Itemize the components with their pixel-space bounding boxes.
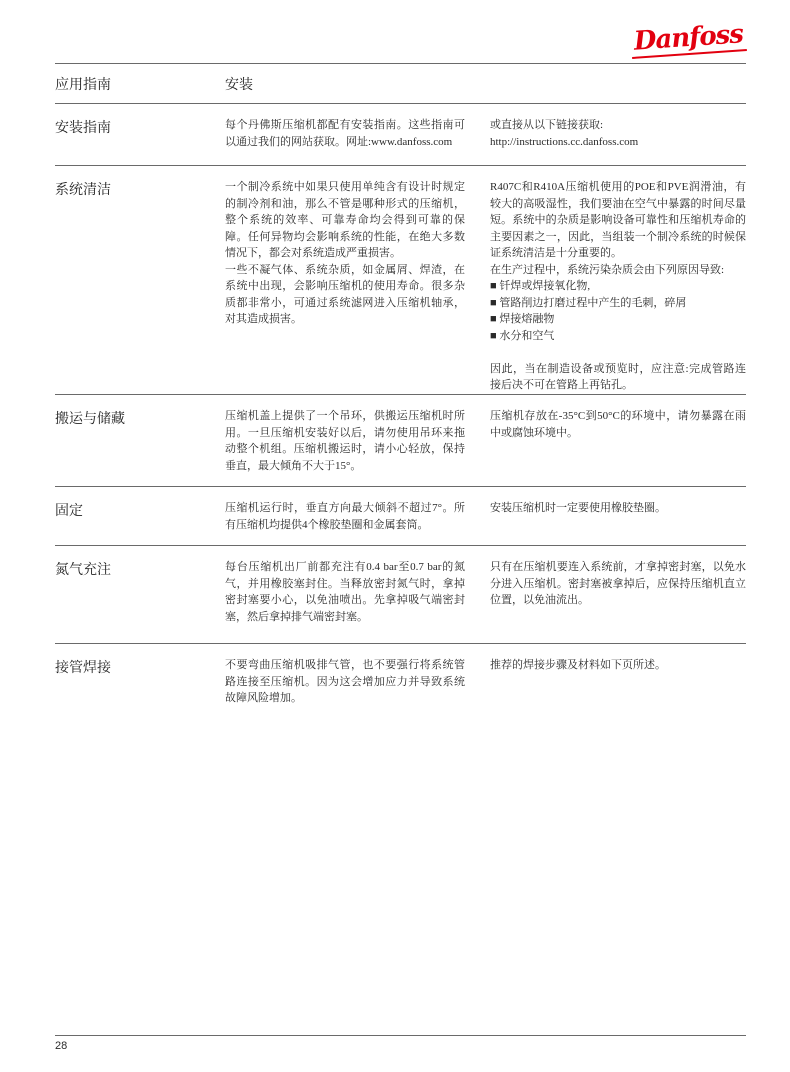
section-body-side: 只有在压缩机要连入系统前，才拿掉密封塞，以免水分进入压缩机。密封塞被拿掉后，应保… bbox=[490, 559, 746, 643]
section-nitrogen-charge: 氮气充注 每台压缩机出厂前都充注有0.4 bar至0.7 bar的氮气，并用橡胶… bbox=[55, 546, 746, 644]
page-footer: 28 bbox=[55, 1035, 746, 1072]
section-body-side: 或直接从以下链接获取: http://instructions.cc.danfo… bbox=[490, 117, 746, 165]
page-number: 28 bbox=[55, 1040, 67, 1052]
section-body-main: 每台压缩机出厂前都充注有0.4 bar至0.7 bar的氮气，并用橡胶塞封住。当… bbox=[225, 559, 490, 643]
section-body-side: R407C和R410A压缩机使用的POE和PVE润滑油，有较大的高吸湿性，我们要… bbox=[490, 179, 746, 394]
section-title: 系统清洁 bbox=[55, 179, 225, 394]
section-body-main: 每个丹佛斯压缩机都配有安装指南。这些指南可以通过我们的网站获取。网址:www.d… bbox=[225, 117, 490, 165]
section-body-side: 推荐的焊接步骤及材料如下页所述。 bbox=[490, 657, 746, 734]
section-system-cleanliness: 系统清洁 一个制冷系统中如果只使用单纯含有设计时规定的制冷剂和油，那么不管是哪种… bbox=[55, 166, 746, 395]
doc-type-label: 应用指南 bbox=[55, 74, 225, 94]
section-handling-storage: 搬运与储藏 压缩机盖上提供了一个吊环，供搬运压缩机时所用。一旦压缩机安装好以后，… bbox=[55, 395, 746, 487]
logo-band: Danfoss bbox=[55, 0, 746, 64]
section-mounting: 固定 压缩机运行时，垂直方向最大倾斜不超过7°。所有压缩机均提供4个橡胶垫圈和金… bbox=[55, 487, 746, 546]
section-title: 搬运与储藏 bbox=[55, 408, 225, 486]
section-title: 固定 bbox=[55, 500, 225, 545]
section-pipe-brazing: 接管焊接 不要弯曲压缩机吸排气管，也不要强行将系统管路连接至压缩机。因为这会增加… bbox=[55, 644, 746, 734]
section-body-main: 压缩机运行时，垂直方向最大倾斜不超过7°。所有压缩机均提供4个橡胶垫圈和金属套筒… bbox=[225, 500, 490, 545]
document-header: 应用指南 安装 bbox=[55, 64, 746, 104]
section-body-main: 一个制冷系统中如果只使用单纯含有设计时规定的制冷剂和油，那么不管是哪种形式的压缩… bbox=[225, 179, 490, 394]
section-title: 氮气充注 bbox=[55, 559, 225, 643]
danfoss-logo: Danfoss bbox=[630, 21, 747, 59]
chapter-title: 安装 bbox=[225, 74, 746, 94]
section-body-main: 压缩机盖上提供了一个吊环，供搬运压缩机时所用。一旦压缩机安装好以后，请勿使用吊环… bbox=[225, 408, 490, 486]
section-body-side: 压缩机存放在-35°C到50°C的环境中，请勿暴露在雨中或腐蚀环境中。 bbox=[490, 408, 746, 486]
section-body-side: 安装压缩机时一定要使用橡胶垫圈。 bbox=[490, 500, 746, 545]
document-page: Danfoss 应用指南 安装 安装指南 每个丹佛斯压缩机都配有安装指南。这些指… bbox=[0, 0, 790, 1072]
section-installation-guide: 安装指南 每个丹佛斯压缩机都配有安装指南。这些指南可以通过我们的网站获取。网址:… bbox=[55, 104, 746, 166]
section-title: 安装指南 bbox=[55, 117, 225, 165]
section-body-main: 不要弯曲压缩机吸排气管，也不要强行将系统管路连接至压缩机。因为这会增加应力并导致… bbox=[225, 657, 490, 734]
section-title: 接管焊接 bbox=[55, 657, 225, 734]
